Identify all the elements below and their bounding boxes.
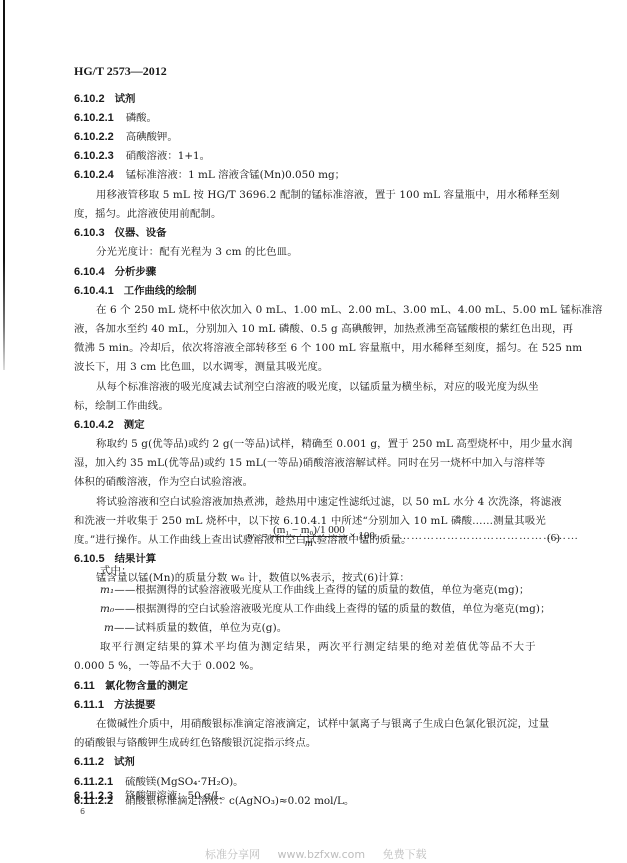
where-item-m0: m₀——根据测得的空白试验溶液吸光度从工作曲线上查得的锰的质量的数值，单位为毫克… <box>100 602 551 616</box>
paragraph-line: 将试验溶液和空白试验溶液加热煮沸，趁热用中速定性滤纸过滤，以 50 mL 水分 … <box>96 495 562 509</box>
formula-denominator: m <box>271 537 347 549</box>
formula-lhs: w₆ = <box>247 530 268 542</box>
scan-edge-rule <box>3 0 5 370</box>
formula-multiplier: × 100 <box>349 530 374 542</box>
paragraph-line: 称取约 5 g(优等品)或约 2 g(一等品)试样，精确至 0.001 g，置于… <box>96 437 572 451</box>
page-number: 6 <box>80 807 85 816</box>
formula-6: w₆ = (m₁ − m₀)/1 000 m × 100………………………………… <box>247 524 579 549</box>
watermark-site-name: 标准分享网 <box>205 848 260 861</box>
section-heading-6-11-1: 6.11.1方法提要 <box>74 698 156 712</box>
paragraph-line: 用移液管移取 5 mL 按 HG/T 3696.2 配制的锰标准溶液，置于 10… <box>96 188 560 202</box>
paragraph-line: 的硝酸银与铬酸钾生成砖红色铬酸银沉淀指示终点。 <box>74 736 316 750</box>
paragraph-line: 液，各加水至约 40 mL，分别加入 10 mL 磷酸、0.5 g 高碘酸钾，加… <box>74 322 573 336</box>
paragraph-line: 取平行测定结果的算术平均值为测定结果，两次平行测定结果的绝对差值优等品不大于 <box>100 640 537 654</box>
paragraph-line: 在 6 个 250 mL 烧杯中依次加入 0 mL、1.00 mL、2.00 m… <box>96 303 602 317</box>
paragraph-line: 从每个标准溶液的吸光度减去试剂空白溶液的吸光度，以锰质量为横坐标，对应的吸光度为… <box>96 380 539 394</box>
watermark-slogan: 免费下载 <box>383 848 427 861</box>
section-heading-6-10-4-1: 6.10.4.1工作曲线的绘制 <box>74 284 197 298</box>
section-heading-6-10-2: 6.10.2试剂 <box>74 92 135 106</box>
paragraph-line: 湿，加入约 35 mL(优等品)或约 15 mL(一等品)硝酸溶液溶解试样。同时… <box>74 456 545 470</box>
where-item-m: m——试料质量的数值，单位为克(g)。 <box>104 621 287 635</box>
item-6-10-2-1: 6.10.2.1磷酸。 <box>74 111 157 125</box>
paragraph-line: 体积的硝酸溶液，作为空白试验溶液。 <box>74 475 253 489</box>
watermark: 标准分享网 www.bzfxw.com 免费下载 <box>205 846 441 862</box>
standard-id: HG/T 2573—2012 <box>74 64 167 78</box>
paragraph-line: 在微碱性介质中，用硝酸银标准滴定溶液滴定，试样中氯离子与银离子生成白色氯化银沉淀… <box>96 717 549 731</box>
item-6-10-2-2: 6.10.2.2高碘酸钾。 <box>74 130 178 144</box>
paragraph-line: 0.000 5 %，一等品不大于 0.002 %。 <box>74 659 260 673</box>
formula-fraction: (m₁ − m₀)/1 000 m <box>271 524 347 549</box>
item-6-10-2-4: 6.10.2.4锰标准溶液：1 mL 溶液含锰(Mn)0.050 mg； <box>74 168 345 182</box>
paragraph-line: 分光光度计：配有光程为 3 cm 的比色皿。 <box>96 245 298 259</box>
paragraph-line: 度，摇匀。此溶液使用前配制。 <box>74 207 222 221</box>
paragraph-line: 微沸 5 min。冷却后，依次将溶液全部转移至 6 个 100 mL 容量瓶中，… <box>74 341 582 355</box>
section-heading-6-10-4: 6.10.4分析步骤 <box>74 265 156 279</box>
watermark-url: www.bzfxw.com <box>278 848 366 861</box>
paragraph-line: 波长下，用 3 cm 比色皿，以水调零，测量其吸光度。 <box>74 360 328 374</box>
section-heading-6-11-2: 6.11.2试剂 <box>74 755 135 769</box>
formula-number: (6) <box>547 532 560 544</box>
item-6-11-2-1: 6.11.2.1硫酸镁(MgSO₄·7H₂O)。 <box>74 775 244 789</box>
formula-numerator: (m₁ − m₀)/1 000 <box>271 524 347 537</box>
section-heading-6-10-3: 6.10.3仪器、设备 <box>74 226 167 240</box>
paragraph-line: 标，绘制工作曲线。 <box>74 399 169 413</box>
section-heading-6-10-4-2: 6.10.4.2测定 <box>74 418 145 432</box>
where-label: 式中： <box>100 564 132 578</box>
item-6-11-2-3: 6.11.2.3铬酸钾溶液：50 g/L。 <box>74 789 231 803</box>
where-item-m1: m₁——根据测得的试验溶液吸光度从工作曲线上查得的锰的质量的数值，单位为毫克(m… <box>100 583 530 597</box>
section-heading-6-11: 6.11氯化物含量的测定 <box>74 679 188 693</box>
item-6-10-2-3: 6.10.2.3硝酸溶液：1+1。 <box>74 149 210 163</box>
